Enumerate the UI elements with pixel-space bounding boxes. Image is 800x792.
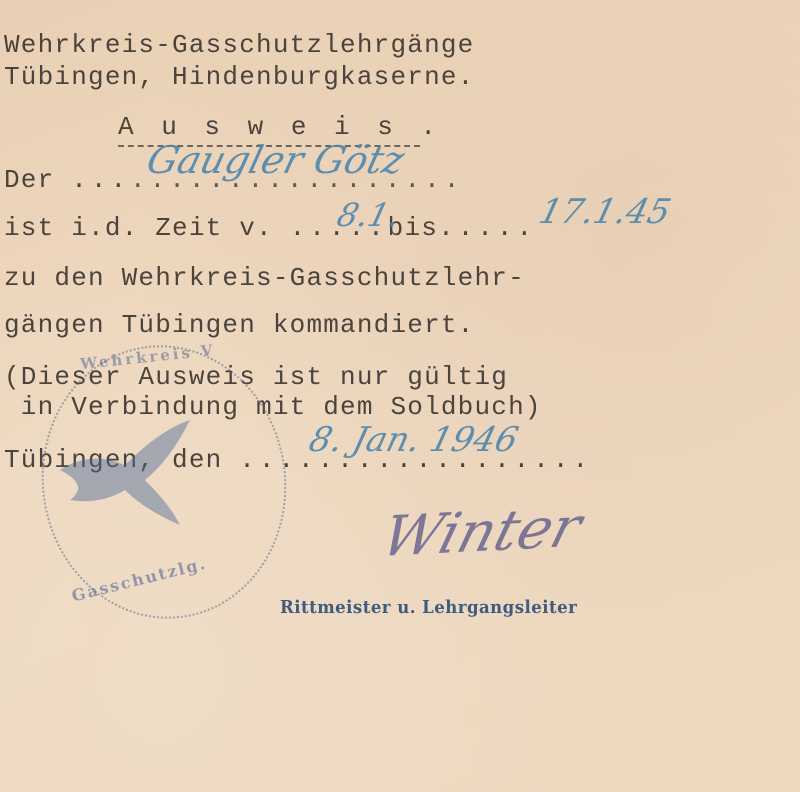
body-line-1: zu den Wehrkreis-Gasschutzlehr- [4,263,525,293]
period-label: ist i.d. Zeit v. [4,213,273,243]
handwritten-name: Gaugler Götz [143,138,409,182]
der-label: Der [4,165,54,195]
to-dots: ..... [438,213,536,243]
handwritten-to-date: 17.1.45 [535,192,675,232]
body-line-2: gängen Tübingen kommandiert. [4,310,474,340]
handwritten-issue-date: 8. Jan. 1946 [305,420,522,460]
header-line-2: Tübingen, Hindenburgkaserne. [4,62,474,92]
document-page: Wehrkreis-Gasschutzlehrgänge Tübingen, H… [0,0,800,792]
name-dots-leading: ... [71,165,130,195]
rank-title-stamp: Rittmeister u. Lehrgangsleiter [280,597,577,618]
stamp-eagle-icon [50,410,200,530]
period-row: ist i.d. Zeit v. .....bis..... [4,213,536,243]
signature: Winter [375,495,589,570]
handwritten-from-date: 8.1. [333,196,404,234]
header-line-1: Wehrkreis-Gasschutzlehrgänge [4,30,474,60]
